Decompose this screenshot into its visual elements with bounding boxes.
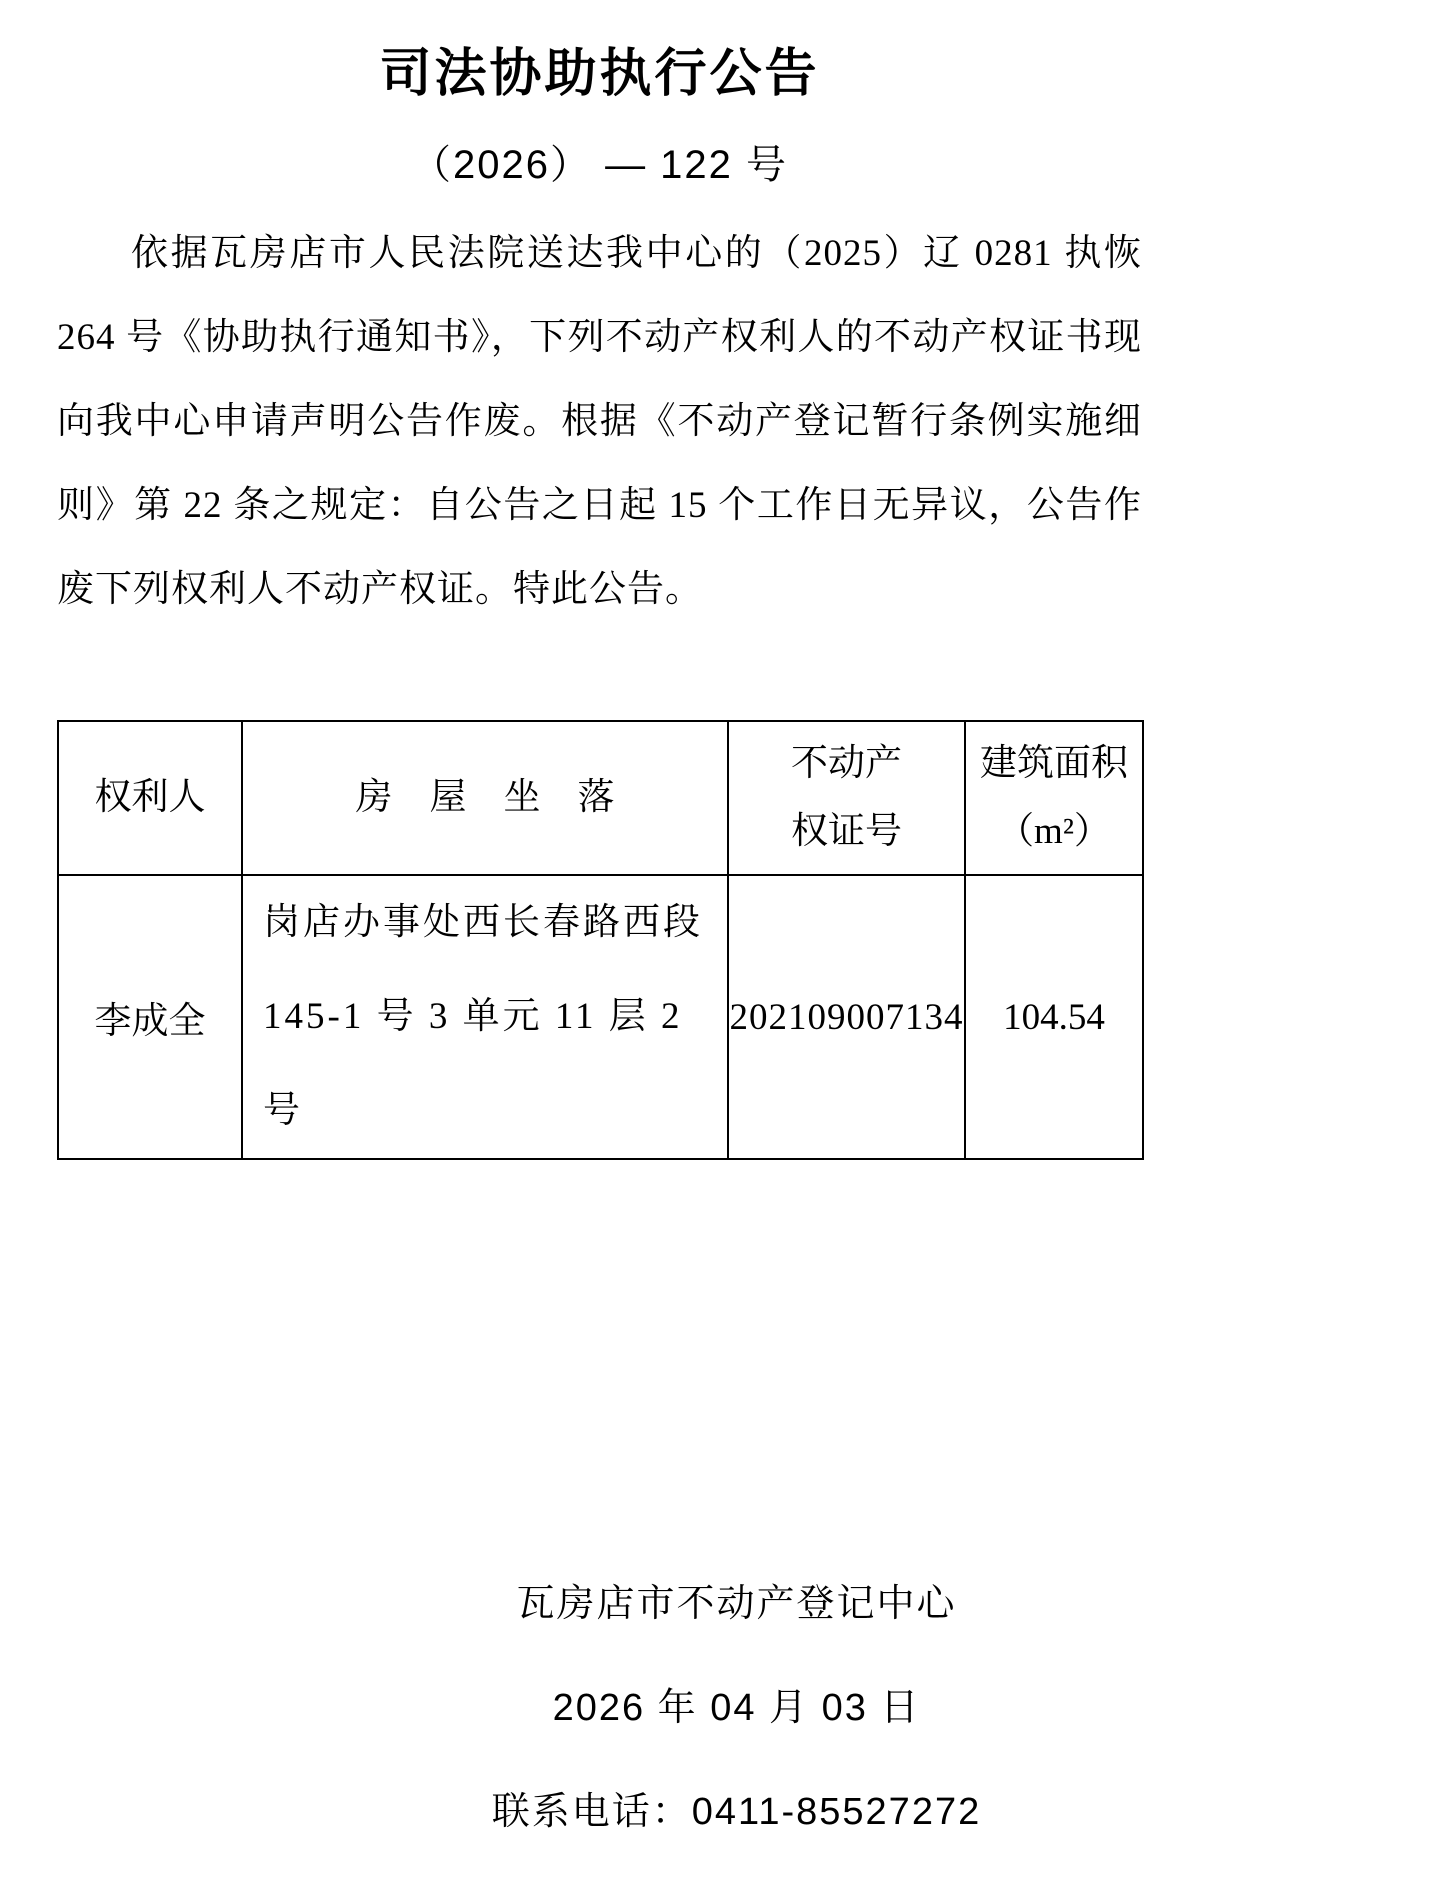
phone-number: 0411-85527272: [692, 1791, 981, 1833]
header-area: 建筑面积 （m²）: [965, 721, 1143, 875]
phone-label: 联系电话：: [492, 1791, 692, 1833]
address-line-2: 145-1 号 3 单元 11 层 2 号: [263, 970, 707, 1158]
contact-phone: 联系电话：0411-85527272: [331, 1760, 1142, 1864]
page-title: 司法协助执行公告: [57, 42, 1142, 107]
issuing-org: 瓦房店市不动产登记中心: [331, 1552, 1142, 1656]
announcement-page: 司法协助执行公告 （2026） — 122 号 依据瓦房店市人民法院送达我中心的…: [57, 0, 1142, 1864]
table-row: 李成全 岗店办事处西长春路西段 145-1 号 3 单元 11 层 2 号 20…: [58, 875, 1143, 1159]
announcement-paragraph: 依据瓦房店市人民法院送达我中心的（2025）辽 0281 执恢 264 号《协助…: [57, 212, 1142, 632]
certificate-table: 权利人 房 屋 坐 落 不动产 权证号 建筑面积 （m²） 李成全 岗店办事处西…: [57, 720, 1144, 1160]
header-owner: 权利人: [58, 721, 242, 875]
doc-number: （2026） — 122 号: [57, 133, 1142, 190]
issue-date: 2026 年 04 月 03 日: [331, 1656, 1142, 1760]
cell-owner: 李成全: [58, 875, 242, 1159]
cell-address: 岗店办事处西长春路西段 145-1 号 3 单元 11 层 2 号: [242, 875, 728, 1159]
table-header-row: 权利人 房 屋 坐 落 不动产 权证号 建筑面积 （m²）: [58, 721, 1143, 875]
header-cert-no: 不动产 权证号: [728, 721, 965, 875]
header-address: 房 屋 坐 落: [242, 721, 728, 875]
cell-cert-no: 202109007134: [728, 875, 965, 1159]
address-line-1: 岗店办事处西长春路西段: [263, 876, 707, 970]
footer-block: 瓦房店市不动产登记中心 2026 年 04 月 03 日 联系电话：0411-8…: [57, 1552, 1142, 1864]
cell-area: 104.54: [965, 875, 1143, 1159]
